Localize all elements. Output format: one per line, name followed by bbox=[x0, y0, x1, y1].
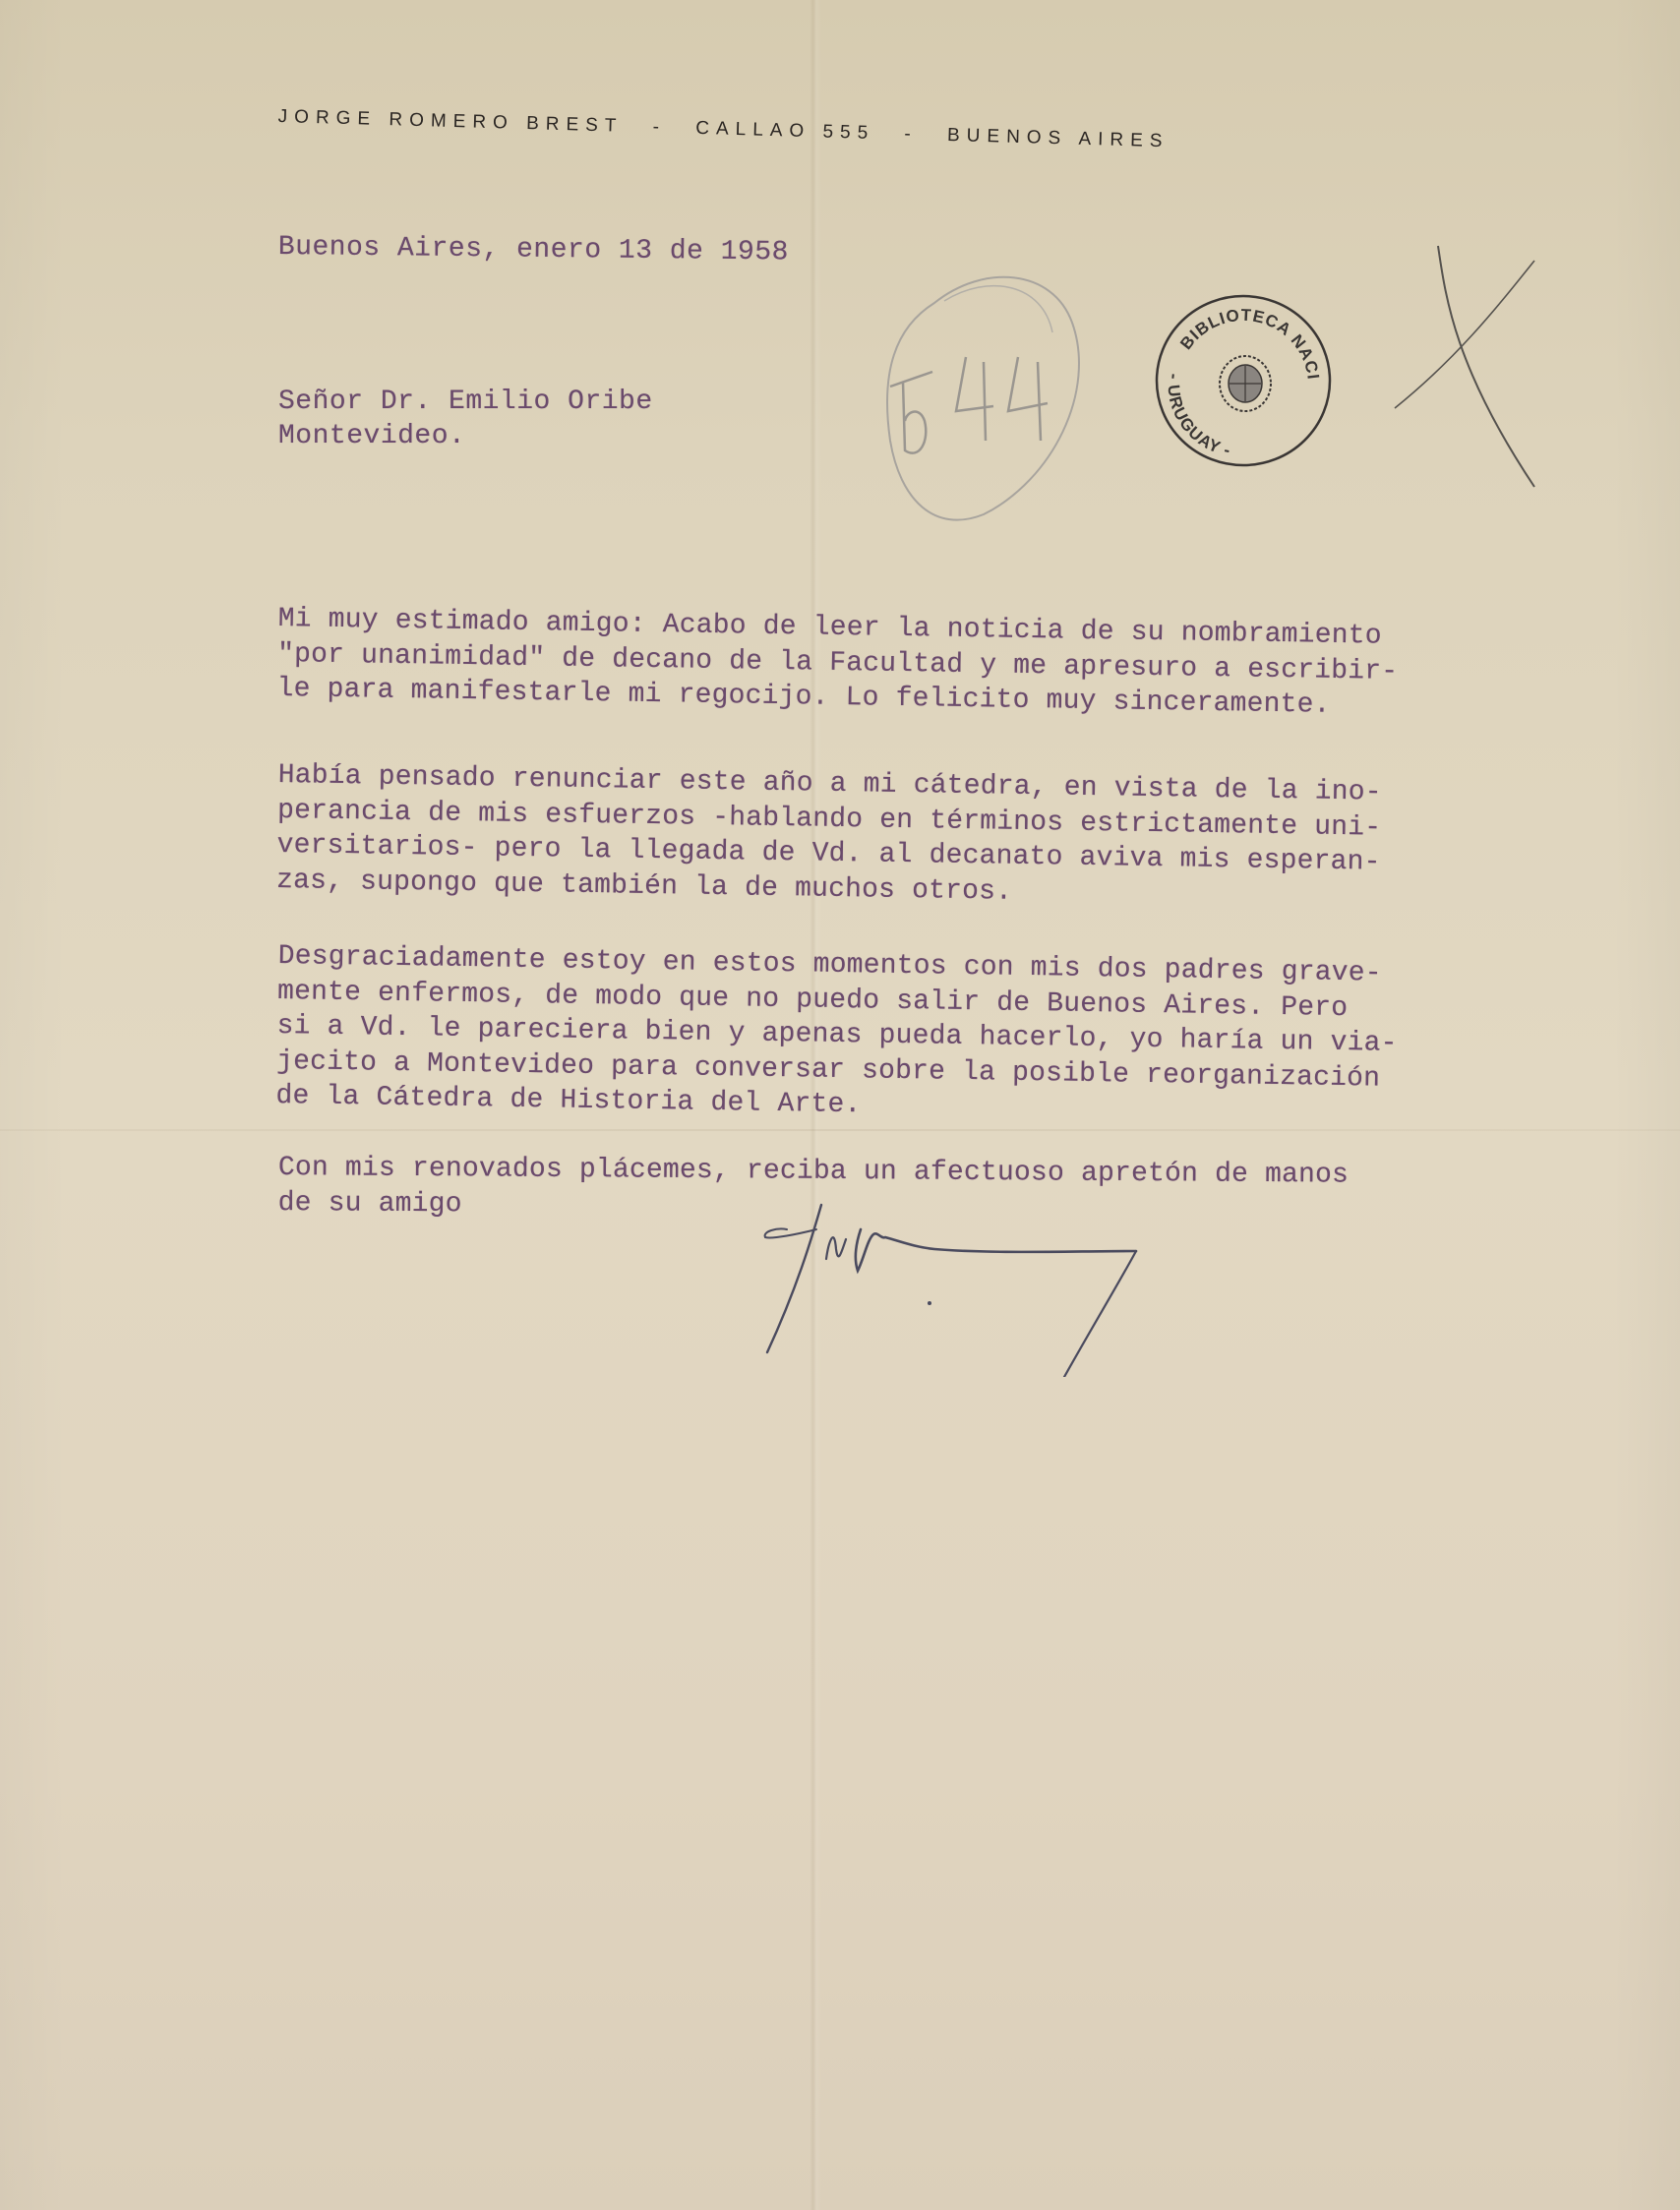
coat-of-arms-icon bbox=[1220, 356, 1271, 411]
paper-fold-line bbox=[0, 1129, 1680, 1131]
date-line: Buenos Aires, enero 13 de 1958 bbox=[278, 232, 789, 268]
body-paragraph-1: Mi muy estimado amigo: Acabo de leer la … bbox=[276, 602, 1399, 724]
recipient-city: Montevideo. bbox=[278, 421, 465, 451]
body-paragraph-3: Desgraciadamente estoy en estos momentos… bbox=[275, 939, 1399, 1131]
letterhead-address: CALLAO 555 bbox=[695, 118, 874, 144]
body-paragraph-2: Había pensado renunciar este año a mi cá… bbox=[276, 758, 1382, 916]
pencil-cross-mark-icon bbox=[1387, 241, 1544, 497]
letterhead-separator: - bbox=[904, 124, 918, 145]
letterhead-separator: - bbox=[652, 117, 666, 138]
svg-text:- URUGUAY -: - URUGUAY - bbox=[1164, 373, 1232, 460]
biblioteca-nacional-stamp-icon: BIBLIOTECA NACIONAL - URUGUAY - bbox=[1151, 291, 1336, 470]
handwritten-signature-icon bbox=[757, 1200, 1289, 1377]
pencil-catalog-number-icon bbox=[875, 264, 1102, 529]
recipient-name: Señor Dr. Emilio Oribe bbox=[278, 387, 653, 417]
